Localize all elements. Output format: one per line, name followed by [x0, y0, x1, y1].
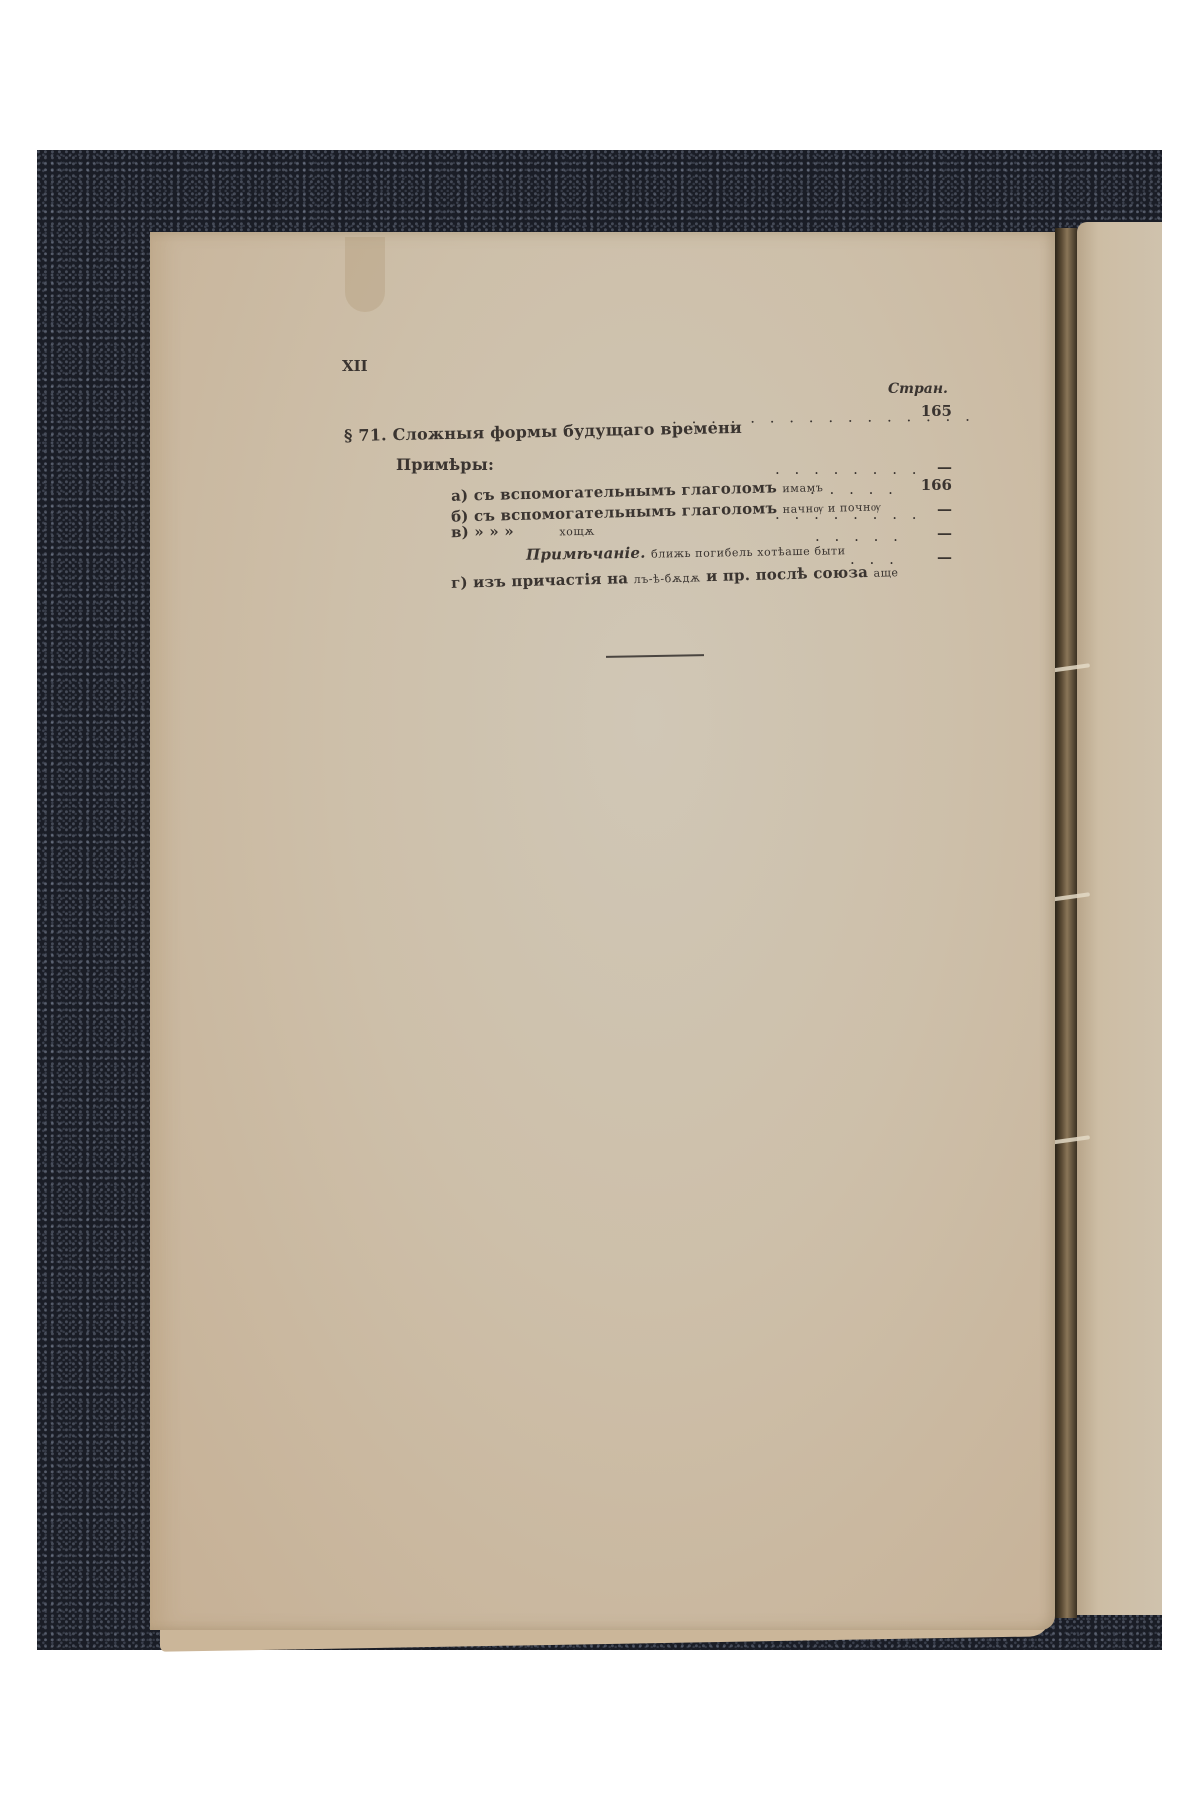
toc-page: 166 [912, 476, 952, 494]
toc-page: — [912, 548, 952, 566]
toc-page: — [912, 500, 952, 518]
toc-examples-label: Примѣры: [396, 455, 494, 474]
toc-item: в) » » » хощѫ [451, 521, 595, 542]
toc-page: — [912, 458, 952, 476]
page-stain [345, 237, 385, 312]
toc-leader: . . . . . [810, 480, 898, 498]
toc-item-slavonic: аще [873, 566, 898, 580]
toc-item-slavonic: ближь погибель хотѣаше быти [651, 544, 846, 560]
toc-leader: . . . [850, 550, 899, 568]
toc-leader: . . . . . [815, 527, 903, 545]
right-page-edge [1077, 222, 1162, 1615]
toc-note-label: Примѣчаніе. [526, 544, 646, 564]
toc-page: — [912, 524, 952, 542]
toc-item-slavonic: хощѫ [559, 525, 595, 539]
toc-page: 165 [912, 402, 952, 420]
toc-item-slavonic: лъ-ѣ-бѫдѫ [633, 571, 700, 586]
book-spine [1055, 228, 1077, 1618]
toc-leader: . . . . . . . . [775, 505, 922, 523]
toc-item-text: в) » » » [451, 522, 514, 541]
page-number: XII [342, 357, 368, 375]
toc-leader: . . . . . . . . [775, 460, 922, 478]
page-column-header: Стран. [888, 381, 948, 397]
left-page [150, 232, 1055, 1630]
